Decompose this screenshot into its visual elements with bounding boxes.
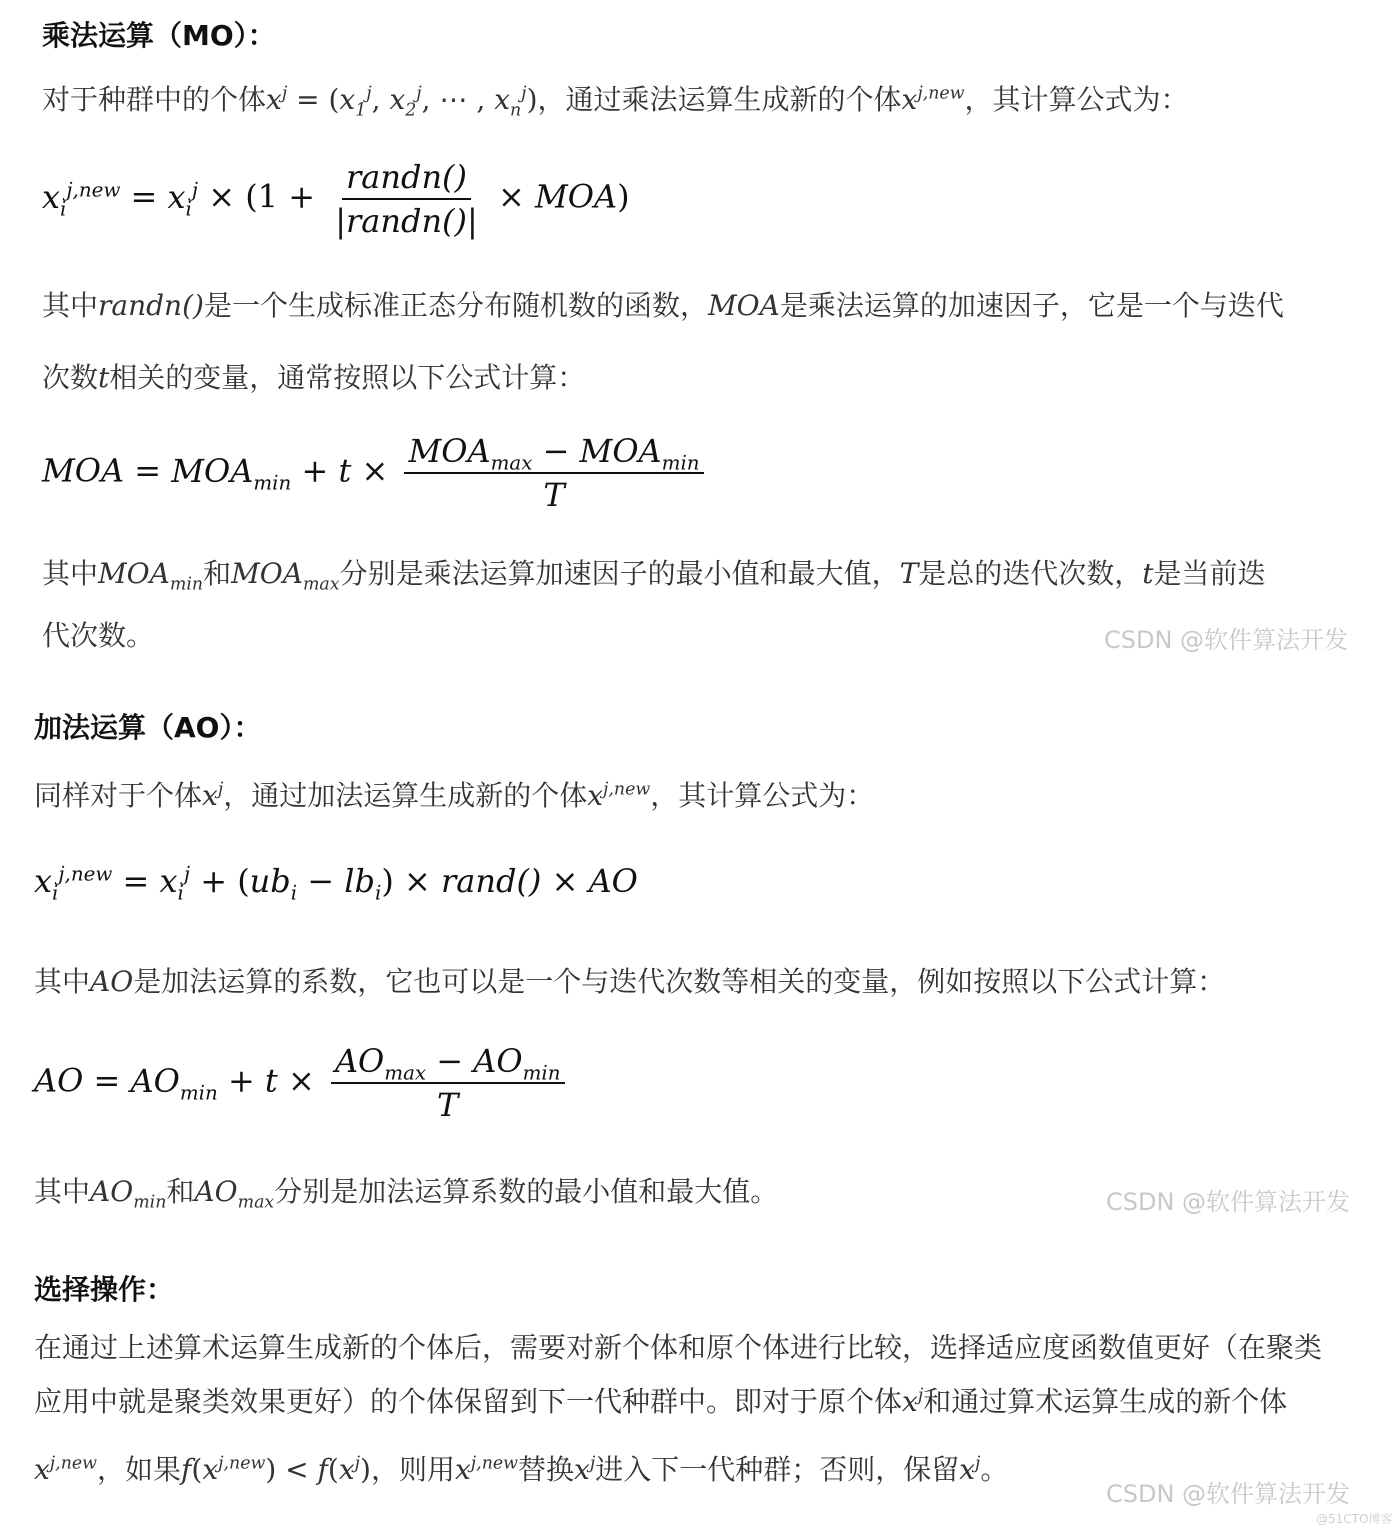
formula-mo-update: xij,new = xij × (1 + randn()|randn()| × … <box>42 158 630 240</box>
ao-desc1: 其中AO是加法运算的系数，它也可以是一个与迭代次数等相关的变量，例如按照以下公式… <box>34 960 1225 1000</box>
watermark-csdn: CSDN @软件算法开发 <box>1106 1474 1350 1509</box>
selection-line1: 在通过上述算术运算生成新的个体后，需要对新个体和原个体进行比较，选择适应度函数值… <box>34 1326 1322 1366</box>
formula-moa: MOA = MOAmin + t × MOAmax − MOAminT <box>42 432 710 514</box>
math-xj: xj <box>266 83 287 116</box>
math-tuple: = (x1j, x2j, ⋯ , xnj) <box>287 83 537 116</box>
mo-desc2-line2: 代次数。 <box>42 614 154 654</box>
ao-desc2: 其中AOmin和AOmax分别是加法运算系数的最小值和最大值。 <box>34 1170 778 1210</box>
section-heading-ao: 加法运算（AO）： <box>34 706 261 746</box>
watermark-csdn: CSDN @软件算法开发 <box>1104 620 1348 655</box>
text: ，其计算公式为： <box>965 83 1189 116</box>
mo-desc1-line2: 次数t相关的变量，通常按照以下公式计算： <box>42 356 585 396</box>
watermark-51cto: @51CTO博客 <box>1316 1510 1392 1527</box>
section-heading-mo: 乘法运算（MO）： <box>42 14 276 54</box>
mo-desc1-line1: 其中randn()是一个生成标准正态分布随机数的函数，MOA是乘法运算的加速因子… <box>42 284 1284 324</box>
formula-ao: AO = AOmin + t × AOmax − AOminT <box>34 1042 571 1124</box>
selection-line3: xj,new，如果f(xj,new) < f(xj)，则用xj,new替换xj进… <box>34 1448 1008 1488</box>
mo-desc2-line1: 其中MOAmin和MOAmax分别是乘法运算加速因子的最小值和最大值，T是总的迭… <box>42 552 1266 592</box>
mo-intro-paragraph: 对于种群中的个体xj = (x1j, x2j, ⋯ , xnj)，通过乘法运算生… <box>42 78 1189 118</box>
math-xjnew: xj,new <box>902 83 965 116</box>
selection-line2: 应用中就是聚类效果更好）的个体保留到下一代种群中。即对于原个体xj和通过算术运算… <box>34 1380 1287 1420</box>
text: 对于种群中的个体 <box>42 83 266 116</box>
watermark-csdn: CSDN @软件算法开发 <box>1106 1182 1350 1217</box>
section-heading-selection: 选择操作： <box>34 1268 174 1308</box>
ao-intro-paragraph: 同样对于个体xj，通过加法运算生成新的个体xj,new，其计算公式为： <box>34 774 874 814</box>
formula-ao-update: xij,new = xij + (ubi − lbi) × rand() × A… <box>34 862 638 900</box>
text: ，通过乘法运算生成新的个体 <box>538 83 902 116</box>
